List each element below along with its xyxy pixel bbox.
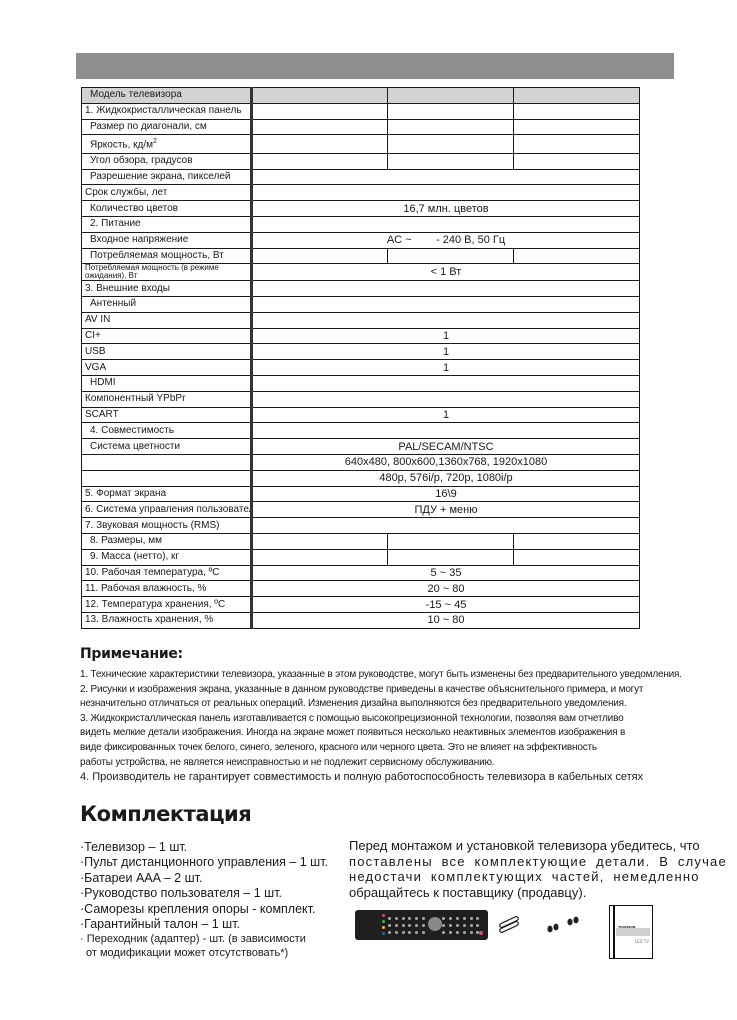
row-value: 480p, 576i/p, 720p, 1080i/p <box>252 470 640 486</box>
remote-button <box>463 924 466 927</box>
kit-note-line: обращайтесь к поставщику (продавцу). <box>349 885 737 901</box>
kit-item-adapter-cont: от модификации может отсутствовать*) <box>80 946 328 960</box>
row-label-text: CI+ <box>85 330 101 341</box>
table-row: HDMI <box>82 376 640 392</box>
remote-color-button <box>382 926 385 929</box>
row-value <box>252 169 640 185</box>
row-label-text: Угол обзора, градусов <box>90 155 193 166</box>
row-cell <box>388 103 514 119</box>
table-row: Срок службы, лет <box>82 185 640 201</box>
row-label: 7. Звуковая мощность (RMS) <box>82 518 252 534</box>
row-value: PAL/SECAM/NTSC <box>252 439 640 455</box>
screws-icon <box>545 913 585 935</box>
row-label: HDMI <box>82 376 252 392</box>
remote-button <box>476 924 479 927</box>
row-cell <box>388 135 514 153</box>
row-label: Срок службы, лет <box>82 185 252 201</box>
row-label-text: 11. Рабочая влажность, % <box>85 583 206 594</box>
row-value: 640x480, 800x600,1360x768, 1920x1080 <box>252 455 640 471</box>
remote-power-button <box>479 931 483 935</box>
note-line: 1. Технические характеристики телевизора… <box>80 668 710 683</box>
table-row: Количество цветов16,7 млн. цветов <box>82 201 640 217</box>
table-row: AV IN <box>82 312 640 328</box>
kit-note-line: поставлены все комплектующие детали. В с… <box>349 854 737 870</box>
row-label-text: 12. Температура хранения, ºC <box>85 599 225 610</box>
row-label: Угол обзора, градусов <box>82 153 252 169</box>
manual-band <box>616 928 650 936</box>
header-model-cell <box>514 88 640 104</box>
remote-button <box>449 924 452 927</box>
row-label-text: Размер по диагонали, см <box>90 121 207 132</box>
row-label: Потребляемая мощность (в режиме ожидания… <box>82 264 252 281</box>
remote-button <box>470 917 473 920</box>
row-cell <box>252 248 388 264</box>
remote-button <box>395 924 398 927</box>
row-cell <box>388 119 514 135</box>
row-value <box>252 312 640 328</box>
row-value <box>252 297 640 313</box>
row-label: Компонентный YPbPr <box>82 391 252 407</box>
table-row: 11. Рабочая влажность, %20 ~ 80 <box>82 581 640 597</box>
table-row: 640x480, 800x600,1360x768, 1920x1080 <box>82 455 640 471</box>
section-header-banner <box>76 53 674 79</box>
row-label-text: Система цветности <box>90 441 180 452</box>
row-cell <box>514 153 640 169</box>
kit-item: ·Телевизор – 1 шт. <box>80 840 328 855</box>
table-row: SCART1 <box>82 407 640 423</box>
row-label: VGA <box>82 360 252 376</box>
row-label-text: Потребляемая мощность (в режиме ожидания… <box>85 264 219 281</box>
table-row: Входное напряжениеAC ~ - 240 В, 50 Гц <box>82 232 640 248</box>
header-model-cell <box>388 88 514 104</box>
remote-button <box>456 917 459 920</box>
remote-dpad <box>428 917 442 931</box>
remote-button <box>388 924 391 927</box>
row-label-text: 6. Система управления пользователя <box>85 504 252 515</box>
row-label: Разрешение экрана, пикселей <box>82 169 252 185</box>
remote-button <box>422 924 425 927</box>
row-label: 10. Рабочая температура, ºC <box>82 565 252 581</box>
row-cell <box>514 549 640 565</box>
kit-note-line: недостачи комплектующих частей, немедлен… <box>349 869 737 885</box>
note-line: 4. Производитель не гарантирует совмести… <box>80 770 710 785</box>
remote-button <box>415 931 418 934</box>
row-label-text: AV IN <box>85 314 110 325</box>
header-model-label: Модель телевизора <box>82 88 252 104</box>
row-label <box>82 470 252 486</box>
row-label-text: SCART <box>85 409 119 420</box>
note-line: 3. Жидкокристаллическая панель изготавли… <box>80 712 710 727</box>
row-cell <box>252 135 388 153</box>
row-label-text: 5. Формат экрана <box>85 488 166 499</box>
notes-title: Примечание: <box>80 646 183 662</box>
remote-button <box>395 917 398 920</box>
table-header-row: Модель телевизора <box>82 88 640 104</box>
manual-caption: LED TV <box>635 939 649 944</box>
row-value <box>252 216 640 232</box>
row-cell <box>252 153 388 169</box>
row-value: 1 <box>252 344 640 360</box>
note-line: видеть мелкие детали изображения. Иногда… <box>80 726 710 741</box>
row-value: 10 ~ 80 <box>252 613 640 629</box>
remote-button <box>470 931 473 934</box>
row-label-text: Потребляемая мощность, Вт <box>90 250 224 261</box>
remote-button <box>442 924 445 927</box>
row-label-text: 9. Масса (нетто), кг <box>90 551 179 562</box>
note-line: работы устройства, не является неисправн… <box>80 756 710 771</box>
table-row: Потребляемая мощность (в режиме ожидания… <box>82 264 640 281</box>
row-value: 16,7 млн. цветов <box>252 201 640 217</box>
remote-button <box>415 924 418 927</box>
remote-button <box>408 931 411 934</box>
row-value: AC ~ - 240 В, 50 Гц <box>252 232 640 248</box>
row-value: 1 <box>252 328 640 344</box>
row-label-text: 2. Питание <box>90 218 141 229</box>
row-cell <box>514 248 640 264</box>
row-label: AV IN <box>82 312 252 328</box>
batteries-icon <box>497 913 521 933</box>
row-label-text: 8. Размеры, мм <box>90 535 162 546</box>
row-label-text: Антенный <box>90 298 136 309</box>
table-row: 480p, 576i/p, 720p, 1080i/p <box>82 470 640 486</box>
row-label-text: Компонентный YPbPr <box>85 393 185 404</box>
row-label-text: Яркость, кд/м <box>90 140 153 151</box>
row-value <box>252 518 640 534</box>
remote-button <box>402 924 405 927</box>
kit-item: ·Саморезы крепления опоры - комплект. <box>80 902 328 917</box>
table-row: Угол обзора, градусов <box>82 153 640 169</box>
remote-color-button <box>382 914 385 917</box>
row-label: Размер по диагонали, см <box>82 119 252 135</box>
table-row: Система цветностиPAL/SECAM/NTSC <box>82 439 640 455</box>
row-label: 1. Жидкокристаллическая панель <box>82 103 252 119</box>
row-label-text: USB <box>85 346 106 357</box>
remote-color-button <box>382 920 385 923</box>
remote-control-image <box>355 910 488 940</box>
row-label: Входное напряжение <box>82 232 252 248</box>
row-label-text: 10. Рабочая температура, ºC <box>85 567 220 578</box>
row-label: 5. Формат экрана <box>82 486 252 502</box>
remote-button <box>388 931 391 934</box>
row-label: 12. Температура хранения, ºC <box>82 597 252 613</box>
kit-item-adapter: · Переходник (адаптер) - шт. (в зависимо… <box>80 932 328 946</box>
row-label <box>82 455 252 471</box>
remote-button <box>402 931 405 934</box>
row-label: 2. Питание <box>82 216 252 232</box>
kit-item: ·Пульт дистанционного управления – 1 шт. <box>80 855 328 870</box>
row-label: 6. Система управления пользователя <box>82 502 252 518</box>
remote-button <box>476 917 479 920</box>
row-cell <box>252 119 388 135</box>
row-label: 13. Влажность хранения, % <box>82 613 252 629</box>
table-row: Антенный <box>82 297 640 313</box>
remote-color-button <box>382 932 385 935</box>
row-cell <box>388 534 514 550</box>
note-line: 2. Рисунки и изображения экрана, указанн… <box>80 683 710 698</box>
table-row: 6. Система управления пользователяПДУ + … <box>82 502 640 518</box>
table-row: 1. Жидкокристаллическая панель <box>82 103 640 119</box>
row-label-text: 13. Влажность хранения, % <box>85 614 213 625</box>
remote-button <box>449 931 452 934</box>
row-value <box>252 391 640 407</box>
table-row: Размер по диагонали, см <box>82 119 640 135</box>
row-cell <box>514 135 640 153</box>
row-label: 11. Рабочая влажность, % <box>82 581 252 597</box>
table-row: 9. Масса (нетто), кг <box>82 549 640 565</box>
row-value: -15 ~ 45 <box>252 597 640 613</box>
table-row: 4. Совместимость <box>82 423 640 439</box>
specifications-table: Модель телевизора1. Жидкокристаллическая… <box>81 87 640 629</box>
kit-check-note: Перед монтажом и установкой телевизора у… <box>349 838 737 901</box>
manual-spine <box>613 906 615 958</box>
row-label-text: 7. Звуковая мощность (RMS) <box>85 520 219 531</box>
row-cell <box>388 549 514 565</box>
kit-item: ·Батареи AAA – 2 шт. <box>80 871 328 886</box>
row-cell <box>388 153 514 169</box>
row-label: Количество цветов <box>82 201 252 217</box>
table-row: 5. Формат экрана16\9 <box>82 486 640 502</box>
row-label-text: 3. Внешние входы <box>85 283 170 294</box>
row-label: 8. Размеры, мм <box>82 534 252 550</box>
row-cell <box>514 534 640 550</box>
table-row: 7. Звуковая мощность (RMS) <box>82 518 640 534</box>
row-label-text: Количество цветов <box>90 203 178 214</box>
row-label: SCART <box>82 407 252 423</box>
remote-button <box>408 924 411 927</box>
header-model-cell <box>252 88 388 104</box>
row-value <box>252 281 640 297</box>
table-row: 8. Размеры, мм <box>82 534 640 550</box>
row-label: 9. Масса (нетто), кг <box>82 549 252 565</box>
kit-note-line: Перед монтажом и установкой телевизора у… <box>349 838 737 854</box>
remote-button <box>463 917 466 920</box>
remote-button <box>422 917 425 920</box>
row-value <box>252 376 640 392</box>
row-label-text: Срок службы, лет <box>85 187 167 198</box>
note-line: виде фиксированных точек белого, синего,… <box>80 741 710 756</box>
remote-button <box>442 931 445 934</box>
row-label-text: Входное напряжение <box>90 234 188 245</box>
row-cell <box>252 103 388 119</box>
table-row: 3. Внешние входы <box>82 281 640 297</box>
row-cell <box>252 534 388 550</box>
row-label: CI+ <box>82 328 252 344</box>
remote-button <box>463 931 466 934</box>
row-label-text: HDMI <box>90 377 116 388</box>
table-row: Яркость, кд/м2 <box>82 135 640 153</box>
row-label: Потребляемая мощность, Вт <box>82 248 252 264</box>
table-row: Разрешение экрана, пикселей <box>82 169 640 185</box>
table-row: Компонентный YPbPr <box>82 391 640 407</box>
remote-button <box>456 931 459 934</box>
row-value: 1 <box>252 407 640 423</box>
row-value: 16\9 <box>252 486 640 502</box>
row-value <box>252 423 640 439</box>
row-cell <box>388 248 514 264</box>
row-value <box>252 185 640 201</box>
row-cell <box>252 549 388 565</box>
row-label-superscript: 2 <box>153 138 157 145</box>
row-label: Система цветности <box>82 439 252 455</box>
notes-list: 1. Технические характеристики телевизора… <box>80 668 710 785</box>
remote-button <box>388 917 391 920</box>
user-manual-image: THOMSON LED TV <box>609 905 653 959</box>
row-label: Антенный <box>82 297 252 313</box>
table-row: USB1 <box>82 344 640 360</box>
row-label: USB <box>82 344 252 360</box>
table-row: Потребляемая мощность, Вт <box>82 248 640 264</box>
kit-item: ·Руководство пользователя – 1 шт. <box>80 886 328 901</box>
row-value: 20 ~ 80 <box>252 581 640 597</box>
kit-title: Комплектация <box>80 802 251 826</box>
table-row: 10. Рабочая температура, ºC5 ~ 35 <box>82 565 640 581</box>
table-row: 12. Температура хранения, ºC-15 ~ 45 <box>82 597 640 613</box>
row-label-text: Разрешение экрана, пикселей <box>90 171 230 182</box>
kit-list: ·Телевизор – 1 шт. ·Пульт дистанционного… <box>80 840 328 960</box>
row-value: 5 ~ 35 <box>252 565 640 581</box>
remote-button <box>442 917 445 920</box>
row-label-text: 1. Жидкокристаллическая панель <box>85 105 242 116</box>
note-line: незначительно отличаться от реальных опе… <box>80 697 710 712</box>
remote-button <box>408 917 411 920</box>
remote-button <box>415 917 418 920</box>
row-label: 3. Внешние входы <box>82 281 252 297</box>
remote-button <box>470 924 473 927</box>
remote-button <box>456 924 459 927</box>
row-label: Яркость, кд/м2 <box>82 135 252 153</box>
row-value: < 1 Вт <box>252 264 640 281</box>
table-row: 13. Влажность хранения, %10 ~ 80 <box>82 613 640 629</box>
remote-button <box>422 931 425 934</box>
table-row: 2. Питание <box>82 216 640 232</box>
row-cell <box>514 119 640 135</box>
row-label-text: 4. Совместимость <box>90 425 174 436</box>
table-row: CI+1 <box>82 328 640 344</box>
table-row: VGA1 <box>82 360 640 376</box>
remote-button <box>402 917 405 920</box>
row-label-text: VGA <box>85 362 106 373</box>
remote-button <box>395 931 398 934</box>
remote-button <box>449 917 452 920</box>
kit-item: ·Гарантийный талон – 1 шт. <box>80 917 328 932</box>
manual-brand: THOMSON <box>618 925 635 929</box>
row-cell <box>514 103 640 119</box>
row-value: ПДУ + меню <box>252 502 640 518</box>
row-value: 1 <box>252 360 640 376</box>
row-label: 4. Совместимость <box>82 423 252 439</box>
